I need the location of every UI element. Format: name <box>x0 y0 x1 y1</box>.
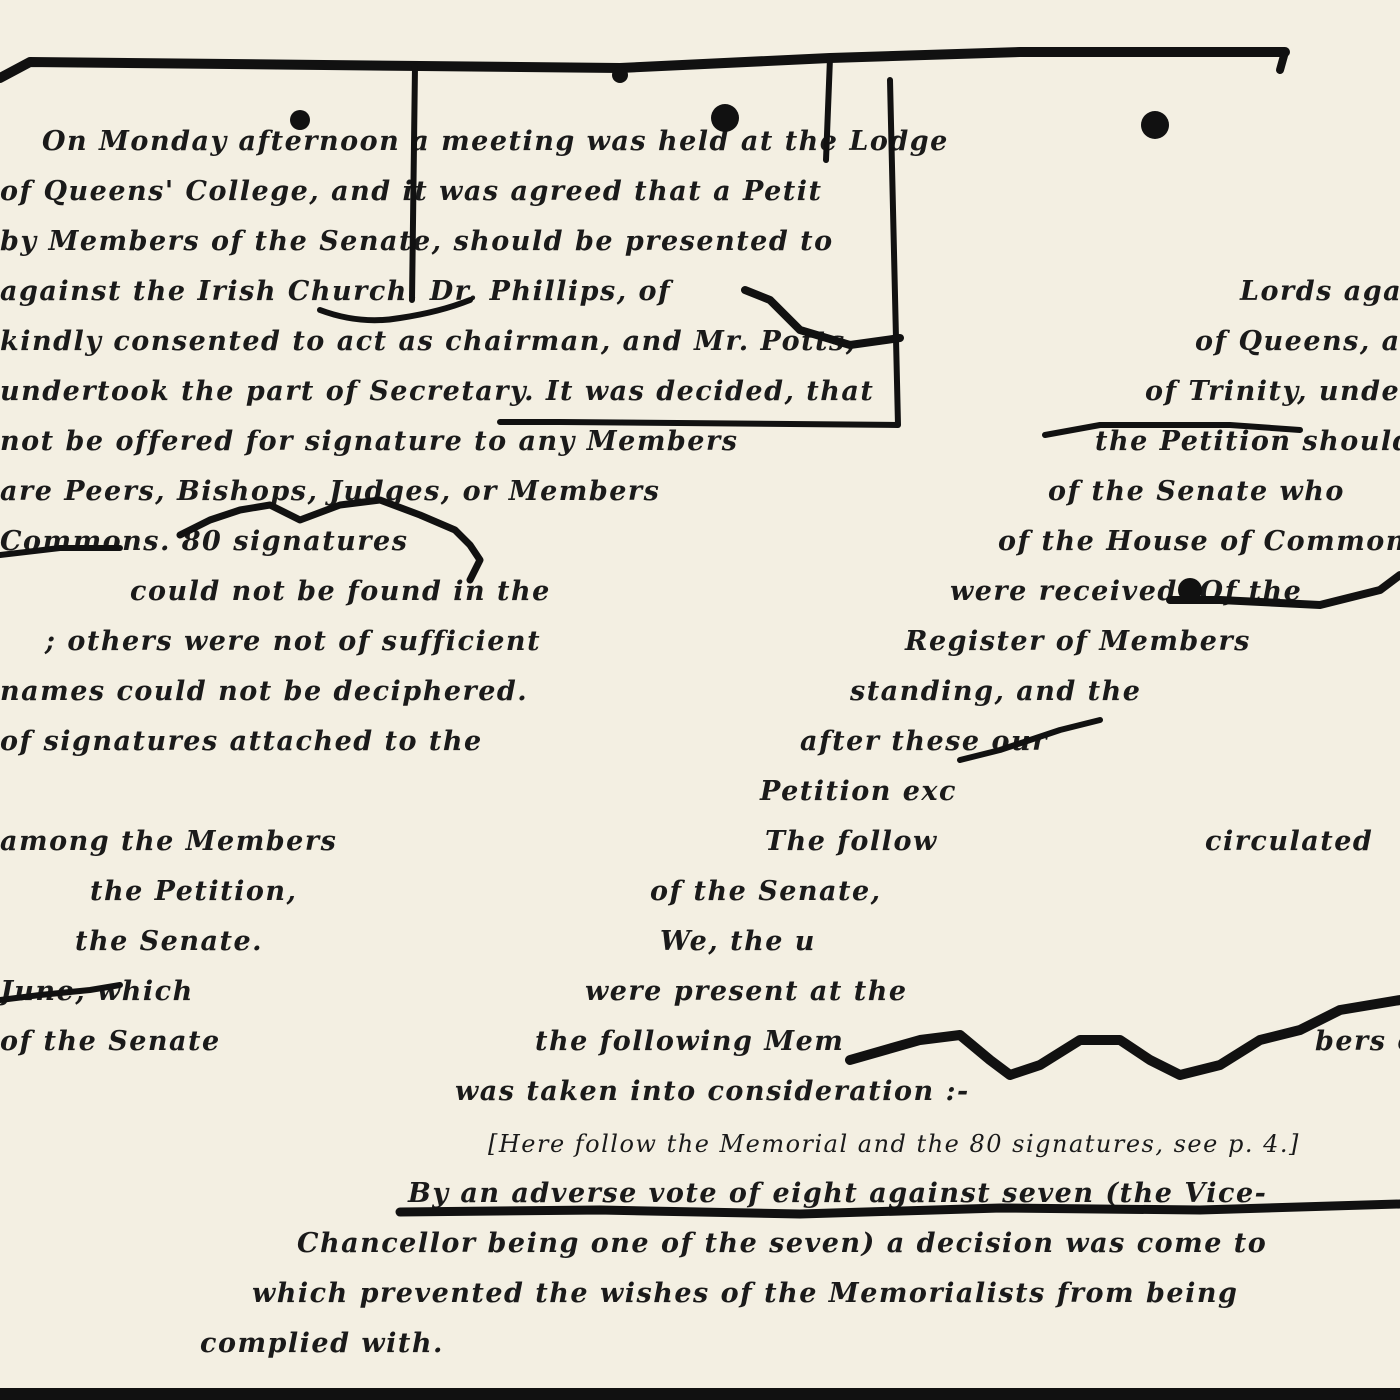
text-line: The follow <box>765 827 938 857</box>
text-line: June, which <box>0 977 194 1007</box>
text-line: could not be found in the <box>130 577 551 607</box>
text-line: after these our <box>800 727 1048 757</box>
text-line: the Petition should <box>1095 427 1400 457</box>
text-line: circulated <box>1205 827 1373 857</box>
text-line: Chancellor being one of the seven) a dec… <box>297 1229 1267 1259</box>
bottom-edge-bar <box>0 1388 1400 1400</box>
text-line: among the Members <box>0 827 337 857</box>
text-line: undertook the part of Secretary. It was … <box>0 377 874 407</box>
text-line: complied with. <box>200 1329 444 1359</box>
text-line: By an adverse vote of eight against seve… <box>408 1179 1267 1209</box>
text-line: of the Senate, <box>650 877 882 907</box>
text-line: of Trinity, undertook <box>1145 377 1400 407</box>
text-line: Register of Members <box>905 627 1251 657</box>
text-line: ; others were not of sufficient <box>45 627 541 657</box>
text-line: by Members of the Senate, should be pres… <box>0 227 834 257</box>
text-line: not be offered for signature to any Memb… <box>0 427 738 457</box>
text-line: Lords against <box>1240 277 1400 307</box>
text-line: names could not be deciphered. <box>0 677 528 707</box>
text-line: the Petition, <box>90 877 297 907</box>
text-line: of the House of Commons <box>998 527 1400 557</box>
text-line: Petition exc <box>760 777 957 807</box>
text-line: the following Mem <box>535 1027 844 1057</box>
text-line: the Senate. <box>75 927 263 957</box>
text-line: which prevented the wishes of the Memori… <box>252 1279 1238 1309</box>
text-line: of Queens, and <box>1195 327 1400 357</box>
text-line: of the Senate who <box>1048 477 1345 507</box>
text-line: of the Senate <box>0 1027 221 1057</box>
text-line: against the Irish Church. Dr. Phillips, … <box>0 277 671 307</box>
text-line: were present at the <box>585 977 908 1007</box>
text-line: were received. Of the <box>950 577 1302 607</box>
text-line: On Monday afternoon a meeting was held a… <box>42 127 949 157</box>
text-line: of signatures attached to the <box>0 727 483 757</box>
memorial-note: [Here follow the Memorial and the 80 sig… <box>488 1129 1300 1159</box>
text-line: standing, and the <box>850 677 1141 707</box>
text-line: are Peers, Bishops, Judges, or Members <box>0 477 660 507</box>
text-line: We, the u <box>660 927 816 957</box>
text-line: kindly consented to act as chairman, and… <box>0 327 857 357</box>
text-line: Commons. 80 signatures <box>0 527 408 557</box>
text-line: bers of <box>1315 1027 1400 1057</box>
text-line: was taken into consideration :- <box>455 1077 970 1107</box>
text-line: of Queens' College, and it was agreed th… <box>0 177 823 207</box>
scanned-page: On Monday afternoon a meeting was held a… <box>0 0 1400 1400</box>
